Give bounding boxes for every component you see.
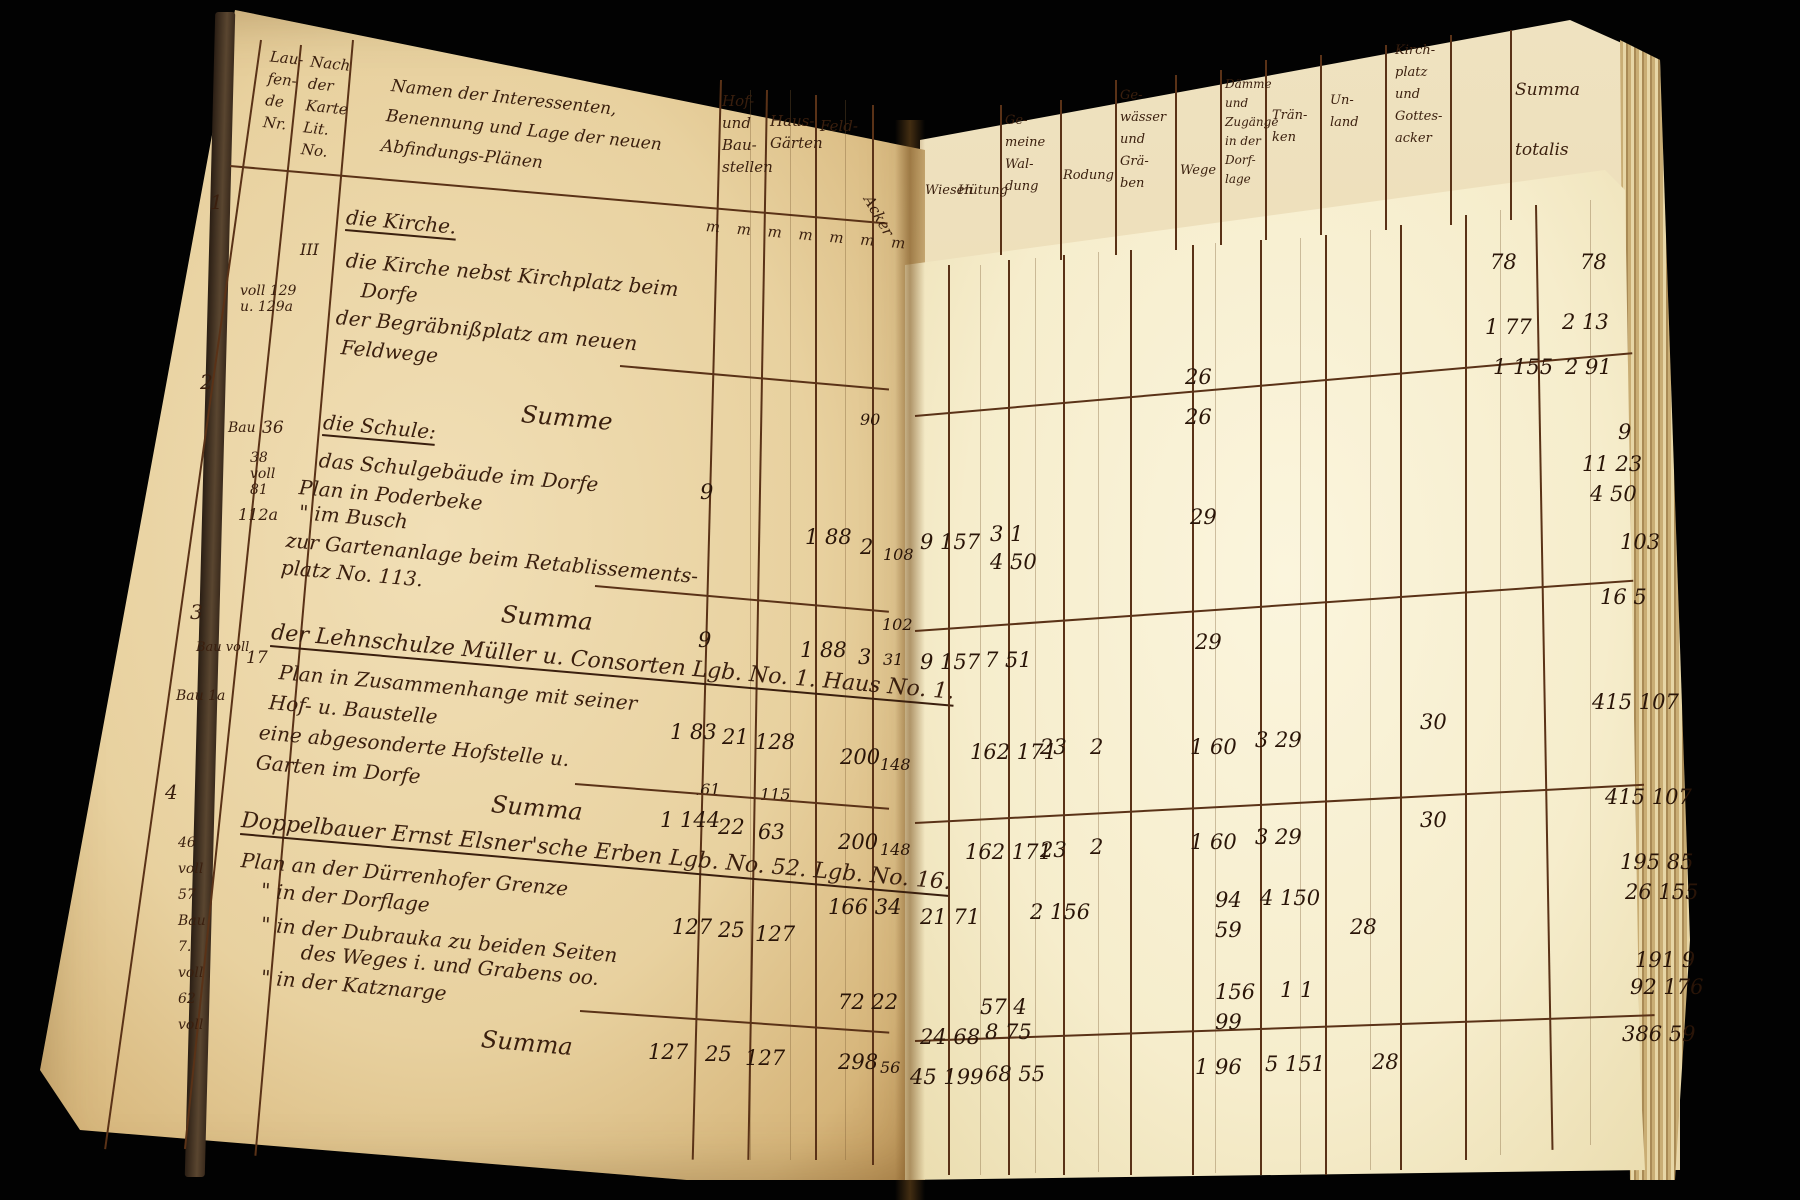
entry-lit: 36 <box>262 418 284 438</box>
entry-number: 1 <box>210 190 223 214</box>
column-rule <box>1385 45 1387 230</box>
header-huetung: Hütung <box>958 180 1008 202</box>
value: 92 176 <box>1630 975 1703 999</box>
column-rule <box>1063 255 1065 1175</box>
value: 3 29 <box>1255 825 1302 849</box>
value: 30 <box>1420 710 1447 734</box>
value: 28 <box>1372 1050 1399 1074</box>
value: 1 77 <box>1485 315 1532 339</box>
value: 57 4 <box>980 995 1027 1019</box>
column-rule <box>1260 240 1262 1175</box>
entry-lit: 17 <box>246 648 268 668</box>
value: 191 9 <box>1635 948 1695 972</box>
column-rule <box>1175 75 1177 250</box>
value: 78 <box>1490 250 1517 274</box>
value: 148 <box>880 755 911 774</box>
value: 1 60 <box>1190 830 1237 854</box>
value: 415 107 <box>1592 690 1679 714</box>
value: 2 156 <box>1030 900 1090 924</box>
value: 94 <box>1215 888 1242 912</box>
value: 3 <box>858 645 871 669</box>
value: 11 23 <box>1582 452 1642 476</box>
column-rule <box>1060 100 1062 260</box>
value: 1 144 <box>660 808 720 832</box>
column-rule <box>1320 55 1322 235</box>
value: 99 <box>1215 1010 1242 1034</box>
column-rule <box>1115 80 1117 255</box>
value: 9 <box>698 628 711 652</box>
value: 1 96 <box>1195 1055 1242 1079</box>
value: 22 <box>718 815 745 839</box>
value: 26 <box>1185 405 1212 429</box>
column-rule <box>1400 225 1402 1170</box>
value: 2 <box>1090 835 1103 859</box>
value: 148 <box>880 840 911 859</box>
column-rule <box>1590 200 1591 1145</box>
value: 1 155 <box>1493 355 1553 379</box>
value: 26 <box>1185 365 1212 389</box>
value: 25 <box>705 1042 732 1066</box>
header-wege: Wege <box>1180 160 1216 182</box>
value: 23 <box>1040 838 1067 862</box>
header-hausgaerten: Haus- Gärten <box>770 110 812 154</box>
value: 78 <box>1580 250 1607 274</box>
value: 4 50 <box>990 550 1037 574</box>
value: 63 <box>758 820 785 844</box>
header-daemme: Dämme und Zugänge in der Dorf- lage <box>1225 75 1267 189</box>
entry-prefix: Bau <box>228 420 256 436</box>
value: 4 150 <box>1260 886 1320 910</box>
column-rule <box>1220 70 1222 245</box>
value: 24 68 <box>920 1025 980 1049</box>
value: 128 <box>755 730 795 754</box>
value: 1 60 <box>1190 735 1237 759</box>
entry-lit: 46 voll 57 Bau 7. voll 62 voll <box>178 830 208 1038</box>
value: 7 51 <box>985 648 1032 672</box>
value: 127 <box>745 1046 785 1070</box>
value: 1 88 <box>800 638 847 662</box>
value: 9 <box>700 480 713 504</box>
value: 2 91 <box>1565 355 1612 379</box>
value: 2 <box>1090 735 1103 759</box>
value: 5 151 <box>1265 1052 1325 1076</box>
value: 21 <box>722 725 749 749</box>
value: 28 <box>1350 915 1377 939</box>
value: 166 34 <box>828 895 901 919</box>
value: 195 85 <box>1620 850 1693 874</box>
entry-number: 2 <box>200 370 213 394</box>
entry-lit2: voll 129 u. 129a <box>240 283 300 315</box>
value: 2 13 <box>1562 310 1609 334</box>
value: 102 <box>882 615 913 634</box>
column-rule <box>1500 210 1501 1155</box>
value: 9 <box>1618 420 1631 444</box>
header-hof-baustellen: Hof- und Bau- stellen <box>722 90 764 178</box>
value: 127 <box>672 915 712 939</box>
value: 72 22 <box>838 990 898 1014</box>
column-rule <box>1510 30 1512 220</box>
value: 127 <box>648 1040 688 1064</box>
value: 29 <box>1195 630 1222 654</box>
value: 298 <box>838 1050 878 1074</box>
column-rule <box>1300 238 1301 1173</box>
value: 31 <box>883 650 903 669</box>
header-kirchplatz: Kirch- platz und Gottes- acker <box>1395 40 1445 150</box>
entry-prefix: Bau voll <box>196 640 249 655</box>
header-feld: Feld- <box>820 115 858 137</box>
value: 1 88 <box>805 525 852 549</box>
value: 1 83 <box>670 720 717 744</box>
column-rule <box>815 95 817 1160</box>
header-gemeine-waldung: Ge- meine Wal- dung <box>1005 110 1055 198</box>
entry-lit: III <box>300 240 319 259</box>
value: 156 <box>1215 980 1255 1004</box>
value: 386 59 <box>1622 1022 1695 1046</box>
value: 3 29 <box>1255 728 1302 752</box>
entry-lit2: 38 voll 81 <box>250 450 285 498</box>
value: 9 157 <box>920 650 980 674</box>
column-rule <box>1130 250 1132 1175</box>
value: 26 155 <box>1625 880 1698 904</box>
value: 200 <box>838 830 878 854</box>
value: 30 <box>1420 808 1447 832</box>
entry-lit2: Bau 1a <box>176 688 225 704</box>
value: 23 <box>1040 735 1067 759</box>
value: 3 1 <box>990 522 1023 546</box>
column-rule <box>1325 235 1327 1175</box>
value: 200 <box>840 745 880 769</box>
value: 4 50 <box>1590 482 1637 506</box>
value: 45 199 <box>910 1065 983 1089</box>
value: 162 171 <box>965 840 1052 864</box>
column-rule <box>1450 35 1452 225</box>
entry-line: Dorfe <box>360 278 419 307</box>
header-summa-totalis: Summa totalis <box>1515 60 1595 180</box>
value: 8 75 <box>985 1020 1032 1044</box>
entry-number: 3 <box>190 600 203 624</box>
column-rule <box>790 90 791 1160</box>
value: 29 <box>1190 505 1217 529</box>
value: 90 <box>860 410 880 429</box>
column-rule <box>1465 215 1467 1160</box>
photo-background: Lau- fen- de Nr. Nach der Karte Lit. No.… <box>0 0 1800 1200</box>
value: 103 <box>1620 530 1660 554</box>
value: 56 <box>880 1058 900 1077</box>
header-traenken: Trän- ken <box>1272 105 1317 149</box>
header-gewaesser: Ge- wässer und Grä- ben <box>1120 85 1170 195</box>
value: 21 71 <box>920 905 980 929</box>
value: 9 157 <box>920 530 980 554</box>
value: 25 <box>718 918 745 942</box>
left-page <box>40 10 925 1180</box>
value: 108 <box>883 545 914 564</box>
value: 127 <box>755 922 795 946</box>
value: 16 5 <box>1600 585 1647 609</box>
header-unland: Un- land <box>1330 90 1375 134</box>
entry-lit3: 112a <box>238 505 278 524</box>
value: 1 1 <box>1280 978 1313 1002</box>
value: 68 55 <box>985 1062 1045 1086</box>
value: 59 <box>1215 918 1242 942</box>
value: 415 107 <box>1605 785 1692 809</box>
header-rodung: Rodung <box>1063 165 1114 187</box>
entry-number: 4 <box>165 780 178 804</box>
column-rule <box>1370 230 1371 1170</box>
value: 2 <box>860 535 873 559</box>
